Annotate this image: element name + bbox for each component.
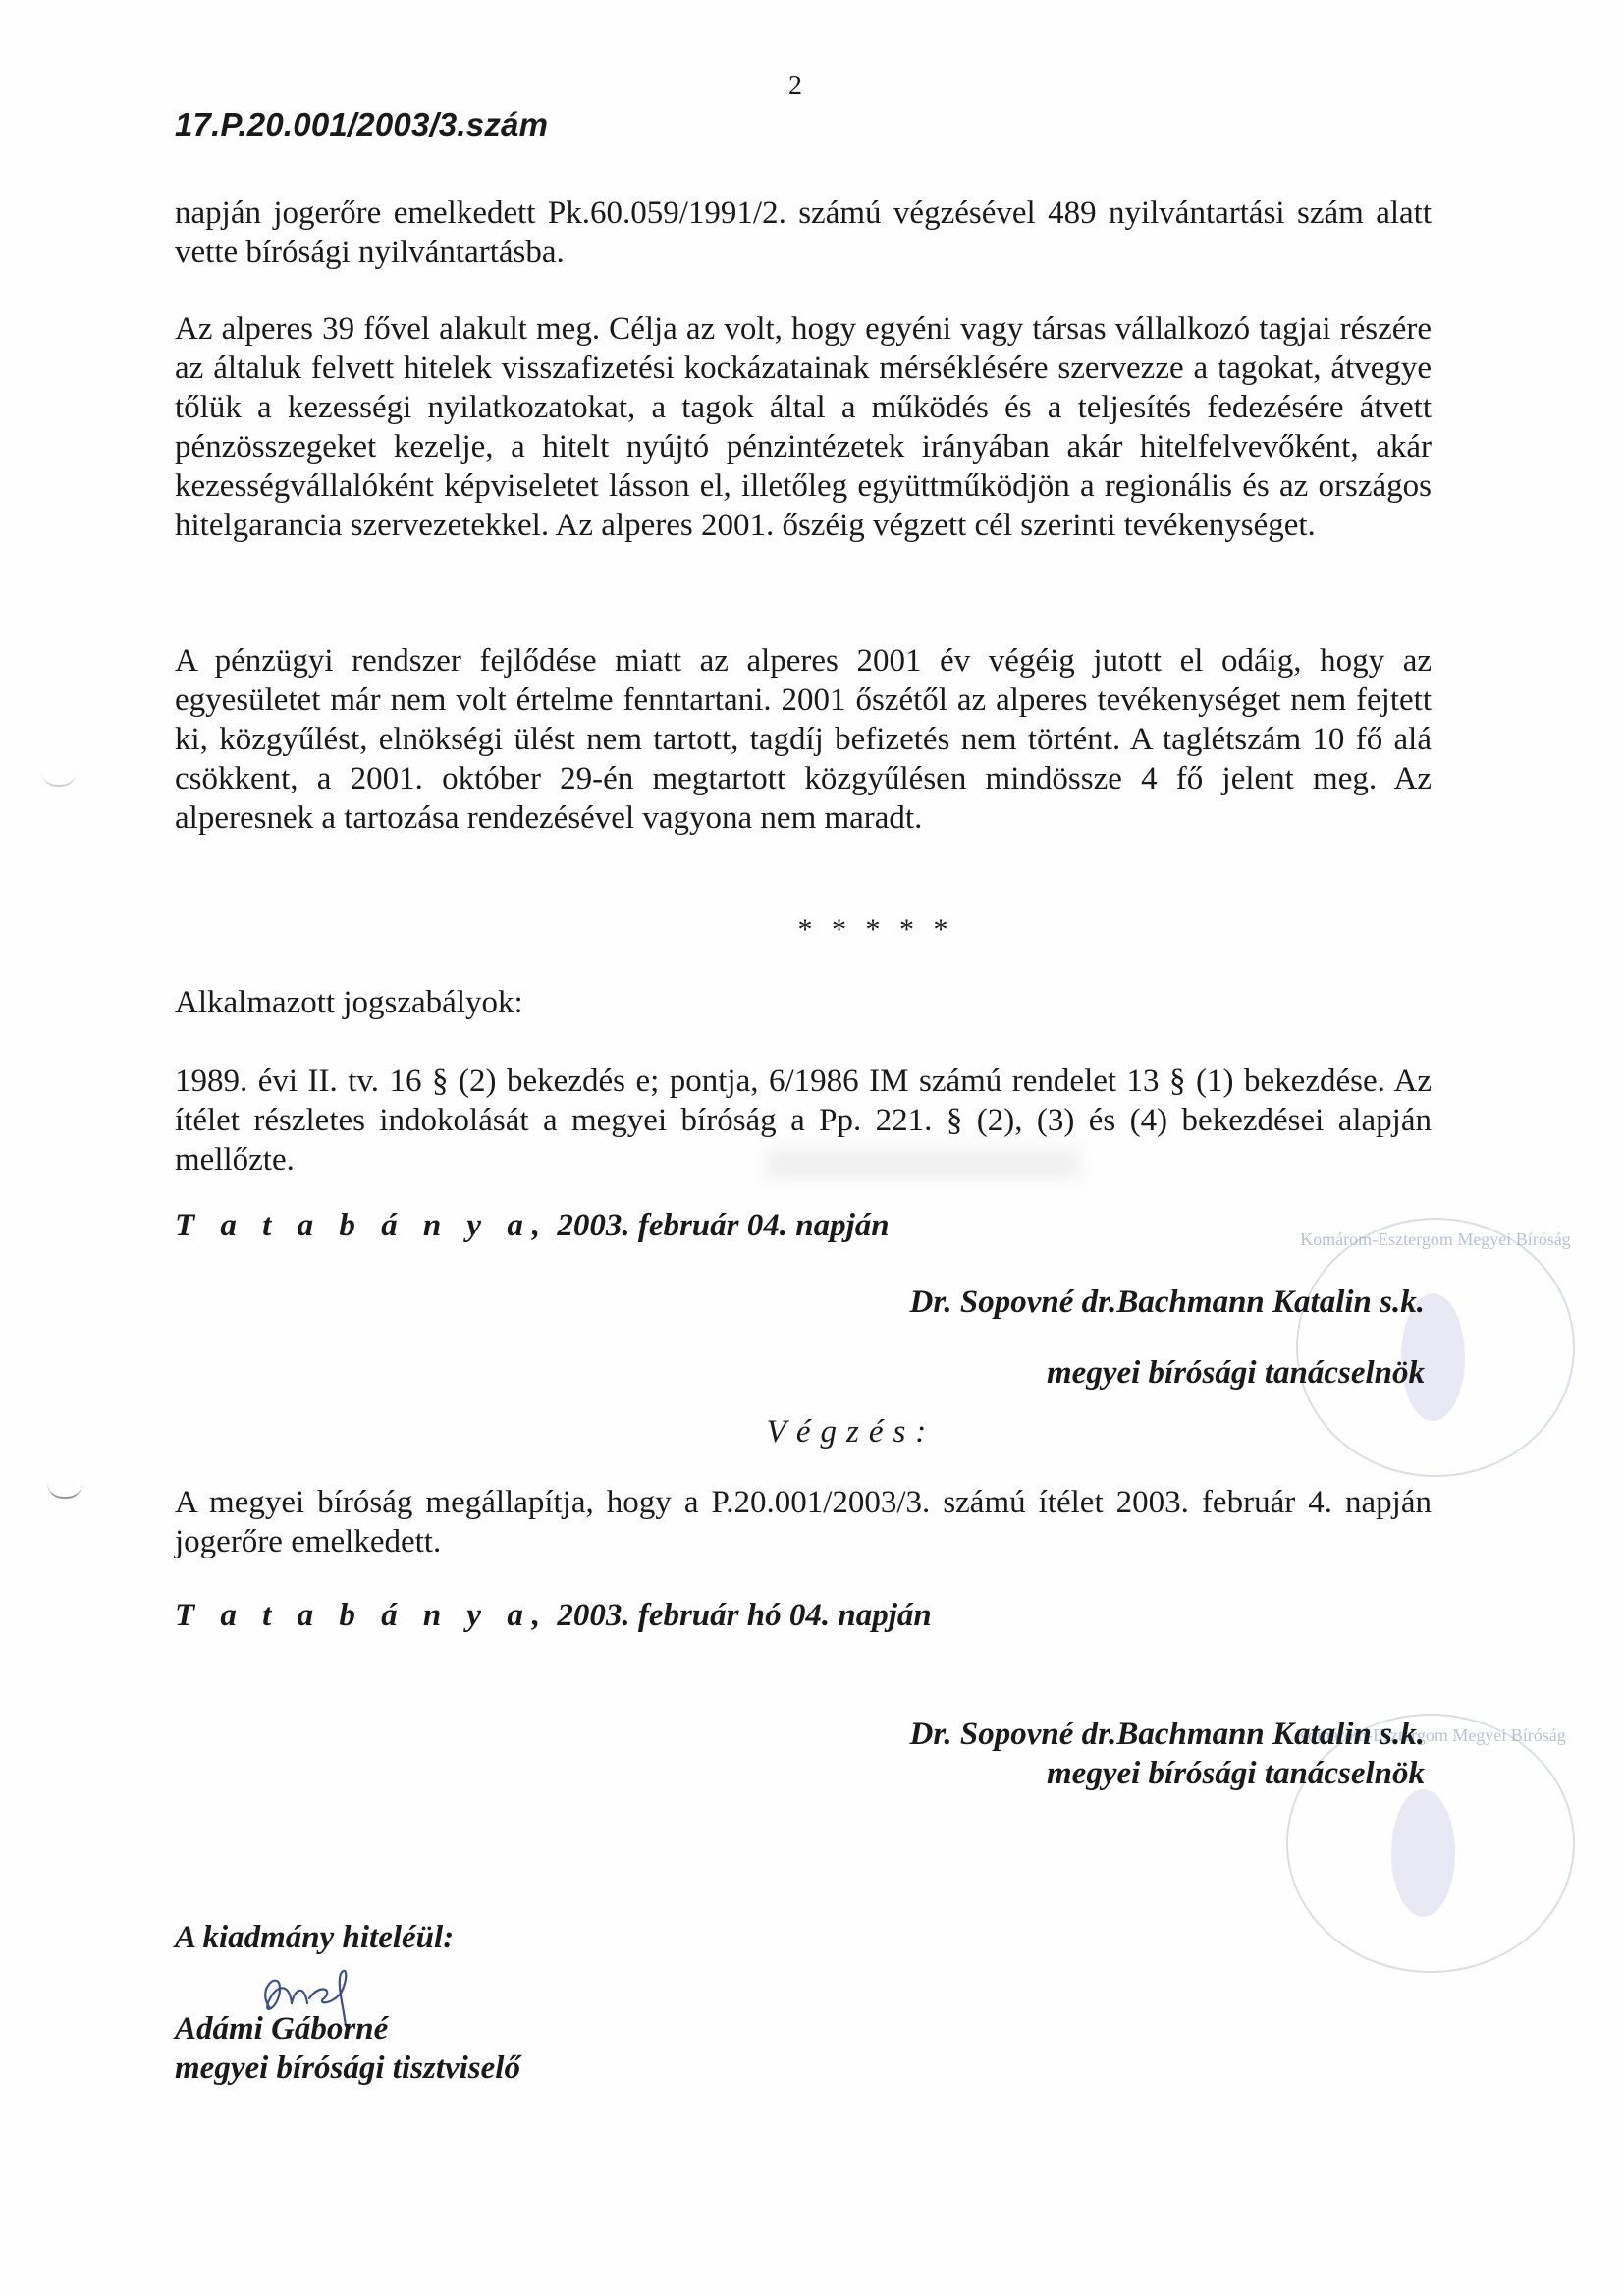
paragraph-text: napján jogerőre emelkedett Pk.60.059/199… [175, 193, 1432, 272]
judge-name: Dr. Sopovné dr.Bachmann Katalin s.k. [910, 1717, 1425, 1753]
clerk-title: megyei bírósági tisztviselő [175, 2050, 520, 2087]
judge-title: megyei bírósági tanácselnök [1047, 1355, 1425, 1392]
paragraph-text: Az alperes 39 fővel alakult meg. Célja a… [175, 309, 1432, 545]
place: T a t a b á n y a, [175, 1598, 549, 1633]
date: 2003. február 04. napján [557, 1208, 889, 1243]
document-page: 2 17.P.20.001/2003/3.szám napján jogerőr… [0, 0, 1624, 2296]
section-separator: * * * * * [0, 913, 1624, 947]
paragraph-order: A megyei bíróság megállapítja, hogy a P.… [175, 1483, 1432, 1561]
laws-heading: Alkalmazott jogszabályok: [175, 985, 523, 1021]
judge-title: megyei bírósági tanácselnök [1047, 1756, 1425, 1792]
punch-hole-mark [47, 1483, 82, 1499]
paragraph-text: A megyei bíróság megállapítja, hogy a P.… [175, 1483, 1432, 1561]
clerk-name: Adámi Gáborné [175, 2011, 388, 2048]
stamp-text: Komárom-Esztergom Megyei Bíróság [1298, 1230, 1573, 1250]
order-place-date: T a t a b á n y a, 2003. február hó 04. … [175, 1598, 932, 1634]
page-number: 2 [788, 71, 802, 102]
case-number: 17.P.20.001/2003/3.szám [175, 106, 548, 143]
punch-hole-mark [41, 771, 77, 787]
paragraph-registration: napján jogerőre emelkedett Pk.60.059/199… [175, 193, 1432, 272]
judgment-place-date: T a t a b á n y a, 2003. február 04. nap… [175, 1208, 890, 1244]
judge-name: Dr. Sopovné dr.Bachmann Katalin s.k. [910, 1285, 1425, 1321]
date: 2003. február hó 04. napján [557, 1598, 931, 1633]
paragraph-text: 1989. évi II. tv. 16 § (2) bekezdés e; p… [175, 1062, 1432, 1179]
order-heading: Végzés: [0, 1414, 1624, 1450]
paragraph-dissolution: A pénzügyi rendszer fejlődése miatt az a… [175, 641, 1432, 838]
paragraph-purpose: Az alperes 39 fővel alakult meg. Célja a… [175, 309, 1432, 545]
coat-of-arms-icon [1391, 1789, 1455, 1917]
place: T a t a b á n y a, [175, 1208, 549, 1243]
paragraph-text: A pénzügyi rendszer fejlődése miatt az a… [175, 641, 1432, 838]
paragraph-laws: 1989. évi II. tv. 16 § (2) bekezdés e; p… [175, 1062, 1432, 1179]
